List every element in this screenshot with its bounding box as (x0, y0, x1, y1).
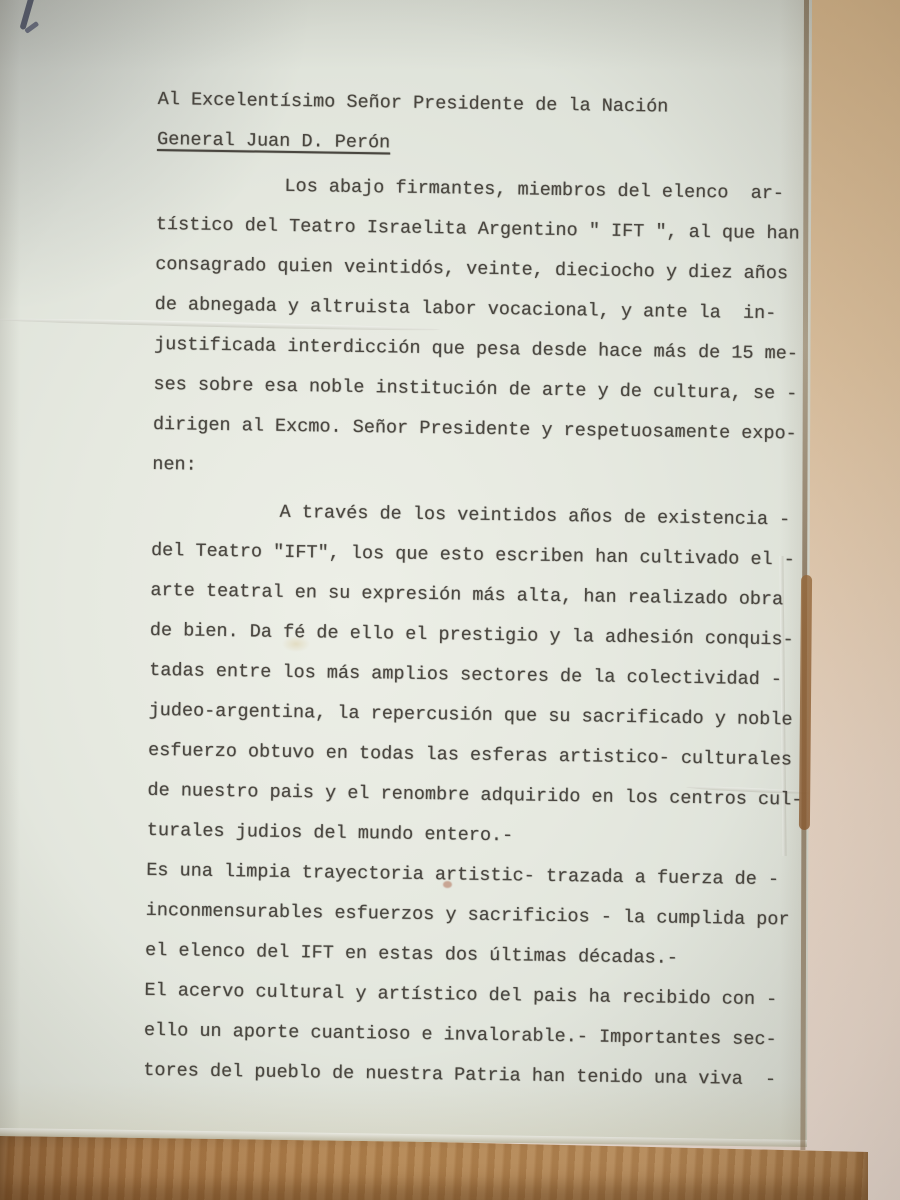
letter-line-text: el elenco del IFT en estas dos últimas d… (145, 940, 678, 969)
letter-line-text: nen: (152, 454, 197, 476)
letter-line-text: arte teatral en su expresión más alta, h… (150, 580, 783, 610)
letter-line-text: de bien. Da fé de ello el prestigio y la… (150, 620, 794, 651)
page-edge-gap (799, 575, 812, 830)
letter-line-text: El acervo cultural y artístico del pais … (144, 980, 777, 1010)
typewritten-letter: Al Excelentísimo Señor Presidente de la … (143, 80, 848, 1101)
letter-line-text: del Teatro "IFT", los que esto escriben … (151, 540, 795, 571)
staple-mark (19, 0, 34, 30)
letter-line-text: turales judios del mundo entero.- (147, 820, 514, 846)
letter-line-text: consagrado quien veintidós, veinte, diec… (155, 254, 788, 284)
letter-line-text: tístico del Teatro Israelita Argentino "… (156, 214, 800, 245)
letter-line-text: tadas entre los más amplios sectores de … (149, 660, 782, 690)
letter-line-text: de nuestro pais y el renombre adquirido … (147, 780, 802, 811)
letter-line-text: General Juan D. Perón (157, 129, 390, 153)
letter-line-text: Es una limpia trayectoria artistic- traz… (146, 860, 779, 890)
document-page: Al Excelentísimo Señor Presidente de la … (0, 0, 816, 1152)
letter-line-text: judeo-argentina, la repercusión que su s… (148, 700, 792, 731)
photo-backdrop: Al Excelentísimo Señor Presidente de la … (0, 0, 900, 1200)
letter-line-text: justificada interdicción que pesa desde … (154, 334, 798, 365)
letter-line-text: esfuerzo obtuvo en todas las esferas art… (148, 740, 792, 771)
letter-line-text: Los abajo firmantes, miembros del elenco… (284, 176, 784, 204)
letter-line-text: inconmensurables esfuerzos y sacrificios… (146, 900, 790, 931)
letter-line-text: tores del pueblo de nuestra Patria han t… (143, 1060, 776, 1090)
letter-line-text: dirigen al Excmo. Señor Presidente y res… (153, 414, 797, 445)
letter-line-text: A través de los veintidos años de existe… (279, 502, 790, 531)
letter-line-text: ello un aporte cuantioso e invalorable.-… (144, 1020, 777, 1050)
letter-line-text: ses sobre esa noble institución de arte … (153, 374, 797, 405)
letter-line-text: Al Excelentísimo Señor Presidente de la … (158, 89, 669, 118)
letter-line-text: de abnegada y altruista labor vocacional… (155, 294, 777, 324)
